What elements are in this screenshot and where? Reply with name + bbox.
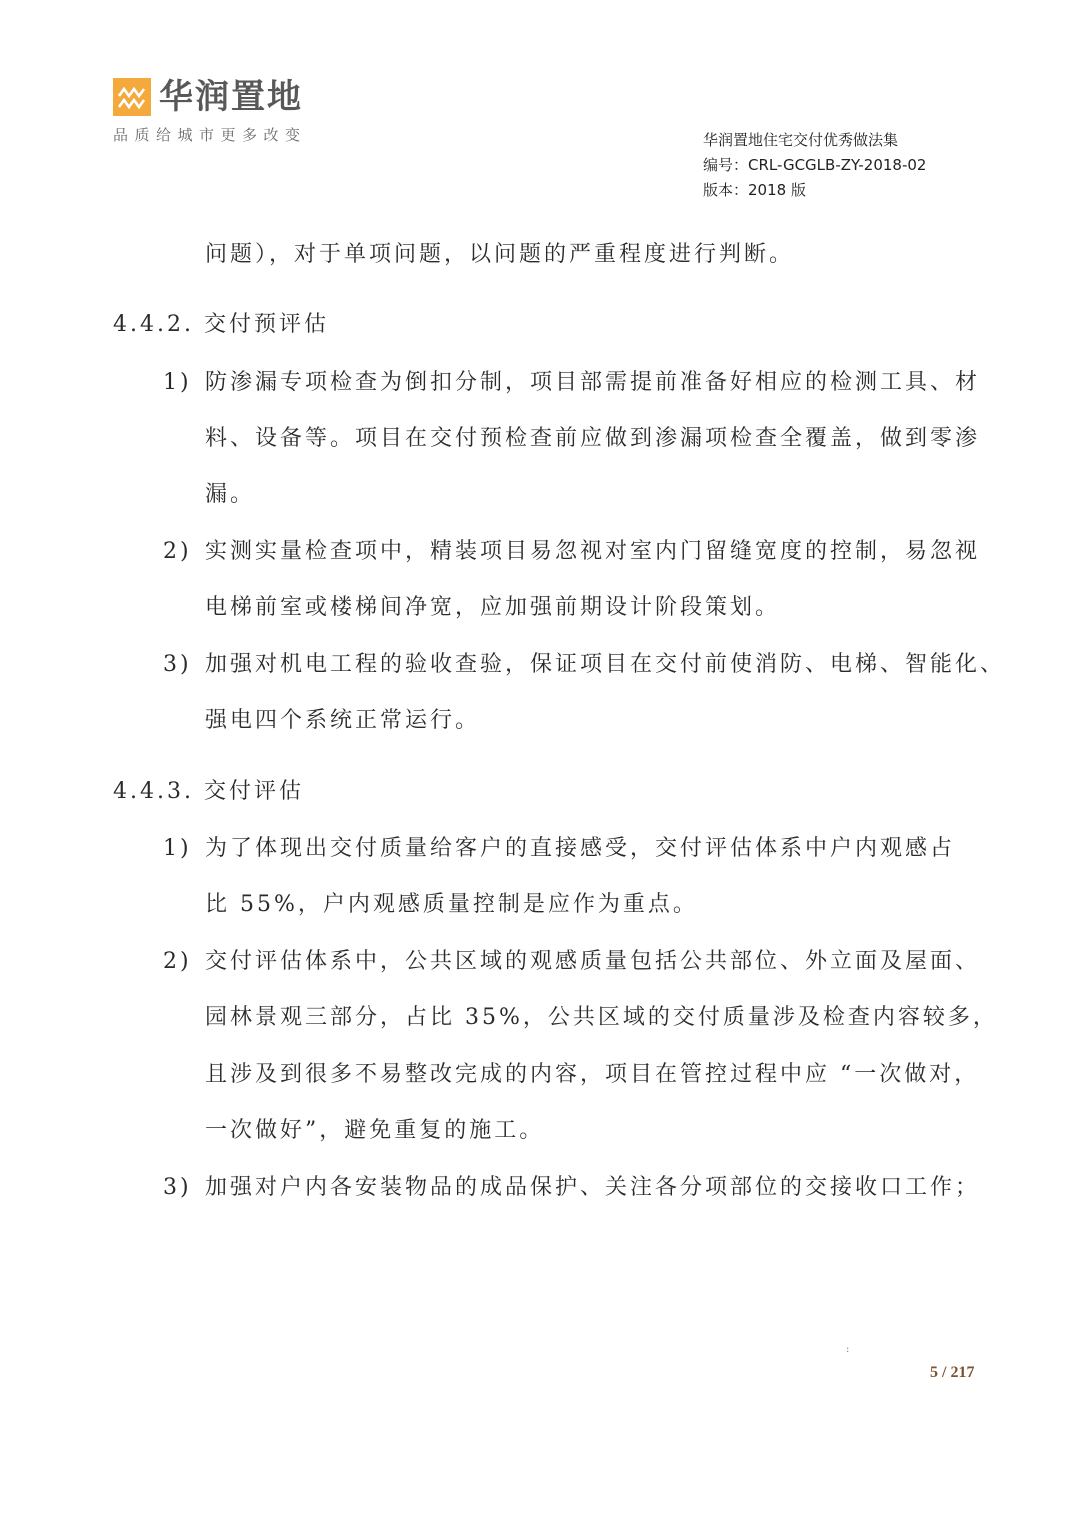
mountain-logo-icon <box>113 78 151 116</box>
list-item-line: 比 55%，户内观感质量控制是应作为重点。 <box>205 890 698 920</box>
list-item-line: 为了体现出交付质量给客户的直接感受，交付评估体系中户内观感占 <box>205 834 955 864</box>
doc-code: 编号：CRL-GCGLB-ZY-2018-02 <box>703 153 926 178</box>
list-item-line: 实测实量检查项中，精装项目易忽视对室内门留缝宽度的控制，易忽视 <box>205 537 980 567</box>
footer-mark: : <box>846 1344 849 1355</box>
company-logo: 华润置地 品质给城市更多改变 <box>113 78 307 145</box>
list-item-line: 交付评估体系中，公共区域的观感质量包括公共部位、外立面及屋面、 <box>205 947 980 977</box>
list-item-line: 加强对机电工程的验收查验，保证项目在交付前使消防、电梯、智能化、 <box>205 650 1005 680</box>
doc-version: 版本：2018 版 <box>703 178 926 203</box>
list-item-line: 防渗漏专项检查为倒扣分制，项目部需提前准备好相应的检测工具、材 <box>205 368 980 398</box>
list-item-line: 加强对户内各安装物品的成品保护、关注各分项部位的交接收口工作； <box>205 1173 980 1203</box>
list-item-line: 且涉及到很多不易整改完成的内容，项目在管控过程中应 “一次做对， <box>205 1060 979 1090</box>
list-item-line: 强电四个系统正常运行。 <box>205 706 480 736</box>
list-number: 3) <box>163 1173 192 1203</box>
list-number: 3) <box>163 650 192 680</box>
list-number: 1) <box>163 368 192 398</box>
list-item-line: 料、设备等。项目在交付预检查前应做到渗漏项检查全覆盖，做到零渗 <box>205 424 980 454</box>
list-item-line: 漏。 <box>205 480 255 510</box>
brand-slogan: 品质给城市更多改变 <box>113 124 307 145</box>
list-item-line: 一次做好”，避免重复的施工。 <box>205 1116 544 1146</box>
continuation-paragraph: 问题），对于单项问题，以问题的严重程度进行判断。 <box>205 240 794 270</box>
list-number: 2) <box>163 537 192 567</box>
page-number: 5 / 217 <box>930 1364 974 1382</box>
list-item-line: 园林景观三部分，占比 35%，公共区域的交付质量涉及检查内容较多， <box>205 1003 998 1033</box>
section-heading-4-4-3: 4.4.3. 交付评估 <box>113 777 304 807</box>
brand-name: 华润置地 <box>159 78 303 116</box>
list-number: 2) <box>163 947 192 977</box>
document-meta: 华润置地住宅交付优秀做法集 编号：CRL-GCGLB-ZY-2018-02 版本… <box>703 128 926 203</box>
section-heading-4-4-2: 4.4.2. 交付预评估 <box>113 310 329 340</box>
list-number: 1) <box>163 834 192 864</box>
list-item-line: 电梯前室或楼梯间净宽，应加强前期设计阶段策划。 <box>205 593 780 623</box>
doc-title: 华润置地住宅交付优秀做法集 <box>703 128 926 153</box>
